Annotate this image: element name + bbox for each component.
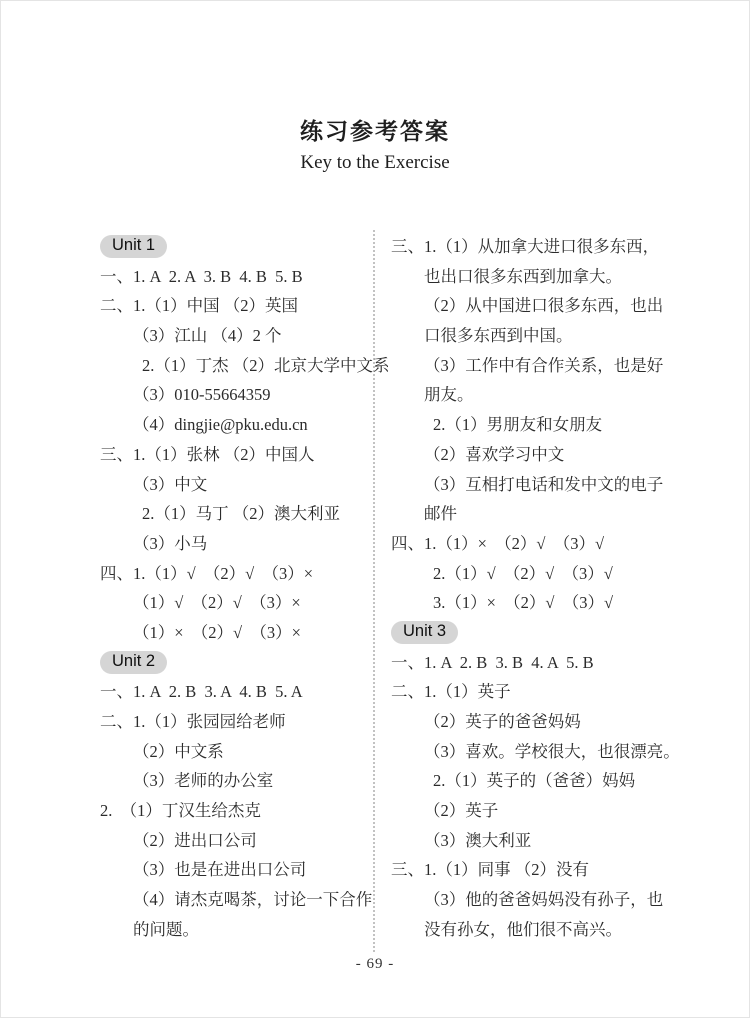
column-divider bbox=[373, 230, 375, 952]
answer-line: 的问题。 bbox=[100, 915, 368, 945]
answer-line: （3）江山 （4）2 个 bbox=[100, 321, 368, 351]
answer-line: （3）010-55664359 bbox=[100, 380, 368, 410]
answer-line: 2. （1）丁汉生给杰克 bbox=[100, 796, 368, 826]
answer-line: 二、1.（1）张园园给老师 bbox=[100, 707, 368, 737]
answer-line: （3）工作中有合作关系，也是好 bbox=[391, 351, 661, 381]
answer-line: （2）从中国进口很多东西，也出 bbox=[391, 291, 661, 321]
answer-line: 2.（1）男朋友和女朋友 bbox=[391, 410, 661, 440]
answer-line: 三、1.（1）从加拿大进口很多东西， bbox=[391, 232, 661, 262]
answer-line: 2.（1）丁杰 （2）北京大学中文系 bbox=[100, 351, 368, 381]
answer-line: 四、1.（1）√ （2）√ （3）× bbox=[100, 559, 368, 589]
answer-line: 2.（1）英子的（爸爸）妈妈 bbox=[391, 766, 661, 796]
answer-line: （2）英子 bbox=[391, 796, 661, 826]
unit-badge: Unit 1 bbox=[100, 235, 167, 258]
answer-line: （2）喜欢学习中文 bbox=[391, 440, 661, 470]
page-number: - 69 - bbox=[0, 956, 750, 973]
answer-line: 2.（1）√ （2）√ （3）√ bbox=[391, 559, 661, 589]
answer-line: （3）小马 bbox=[100, 529, 368, 559]
answer-line: 3.（1）× （2）√ （3）√ bbox=[391, 588, 661, 618]
answer-line: 2.（1）马丁 （2）澳大利亚 bbox=[100, 499, 368, 529]
scanned-answer-key-page: { "page": { "title_zh": "练习参考答案", "title… bbox=[0, 0, 750, 1018]
answer-line: 朋友。 bbox=[391, 380, 661, 410]
right-column: 三、1.（1）从加拿大进口很多东西，也出口很多东西到加拿大。（2）从中国进口很多… bbox=[391, 232, 661, 945]
answer-line: （2）进出口公司 bbox=[100, 826, 368, 856]
answer-line: 一、1. A 2. B 3. A 4. B 5. A bbox=[100, 677, 368, 707]
answer-line: 一、1. A 2. A 3. B 4. B 5. B bbox=[100, 262, 368, 292]
answer-line: 口很多东西到中国。 bbox=[391, 321, 661, 351]
answer-line: （3）互相打电话和发中文的电子 bbox=[391, 470, 661, 500]
answer-line: （1）√ （2）√ （3）× bbox=[100, 588, 368, 618]
answer-line: 四、1.（1）× （2）√ （3）√ bbox=[391, 529, 661, 559]
answer-line: 一、1. A 2. B 3. B 4. A 5. B bbox=[391, 648, 661, 678]
answer-line: （2）英子的爸爸妈妈 bbox=[391, 707, 661, 737]
answer-line: 没有孙女，他们很不高兴。 bbox=[391, 915, 661, 945]
answer-line: （3）他的爸爸妈妈没有孙子，也 bbox=[391, 885, 661, 915]
answer-line: （3）也是在进出口公司 bbox=[100, 855, 368, 885]
answer-line: （4）请杰克喝茶，讨论一下合作 bbox=[100, 885, 368, 915]
answer-line: （3）中文 bbox=[100, 470, 368, 500]
answer-line: 二、1.（1）英子 bbox=[391, 677, 661, 707]
answer-line: 三、1.（1）张林 （2）中国人 bbox=[100, 440, 368, 470]
page-title-english: Key to the Exercise bbox=[0, 152, 750, 174]
answer-line: 也出口很多东西到加拿大。 bbox=[391, 262, 661, 292]
answer-line: （3）澳大利亚 bbox=[391, 826, 661, 856]
answer-line: 邮件 bbox=[391, 499, 661, 529]
answer-line: （3）老师的办公室 bbox=[100, 766, 368, 796]
answer-line: 二、1.（1）中国 （2）英国 bbox=[100, 291, 368, 321]
page-title-chinese: 练习参考答案 bbox=[0, 113, 750, 146]
unit-badge: Unit 3 bbox=[391, 621, 458, 644]
left-column: Unit 1一、1. A 2. A 3. B 4. B 5. B二、1.（1）中… bbox=[100, 232, 368, 945]
answer-line: （2）中文系 bbox=[100, 737, 368, 767]
answer-line: （3）喜欢。学校很大，也很漂亮。 bbox=[391, 737, 661, 767]
unit-badge-row: Unit 2 bbox=[100, 648, 368, 678]
unit-badge-row: Unit 1 bbox=[100, 232, 368, 262]
answer-line: （1）× （2）√ （3）× bbox=[100, 618, 368, 648]
unit-badge: Unit 2 bbox=[100, 651, 167, 674]
answer-line: 三、1.（1）同事 （2）没有 bbox=[391, 855, 661, 885]
answer-line: （4）dingjie@pku.edu.cn bbox=[100, 410, 368, 440]
unit-badge-row: Unit 3 bbox=[391, 618, 661, 648]
